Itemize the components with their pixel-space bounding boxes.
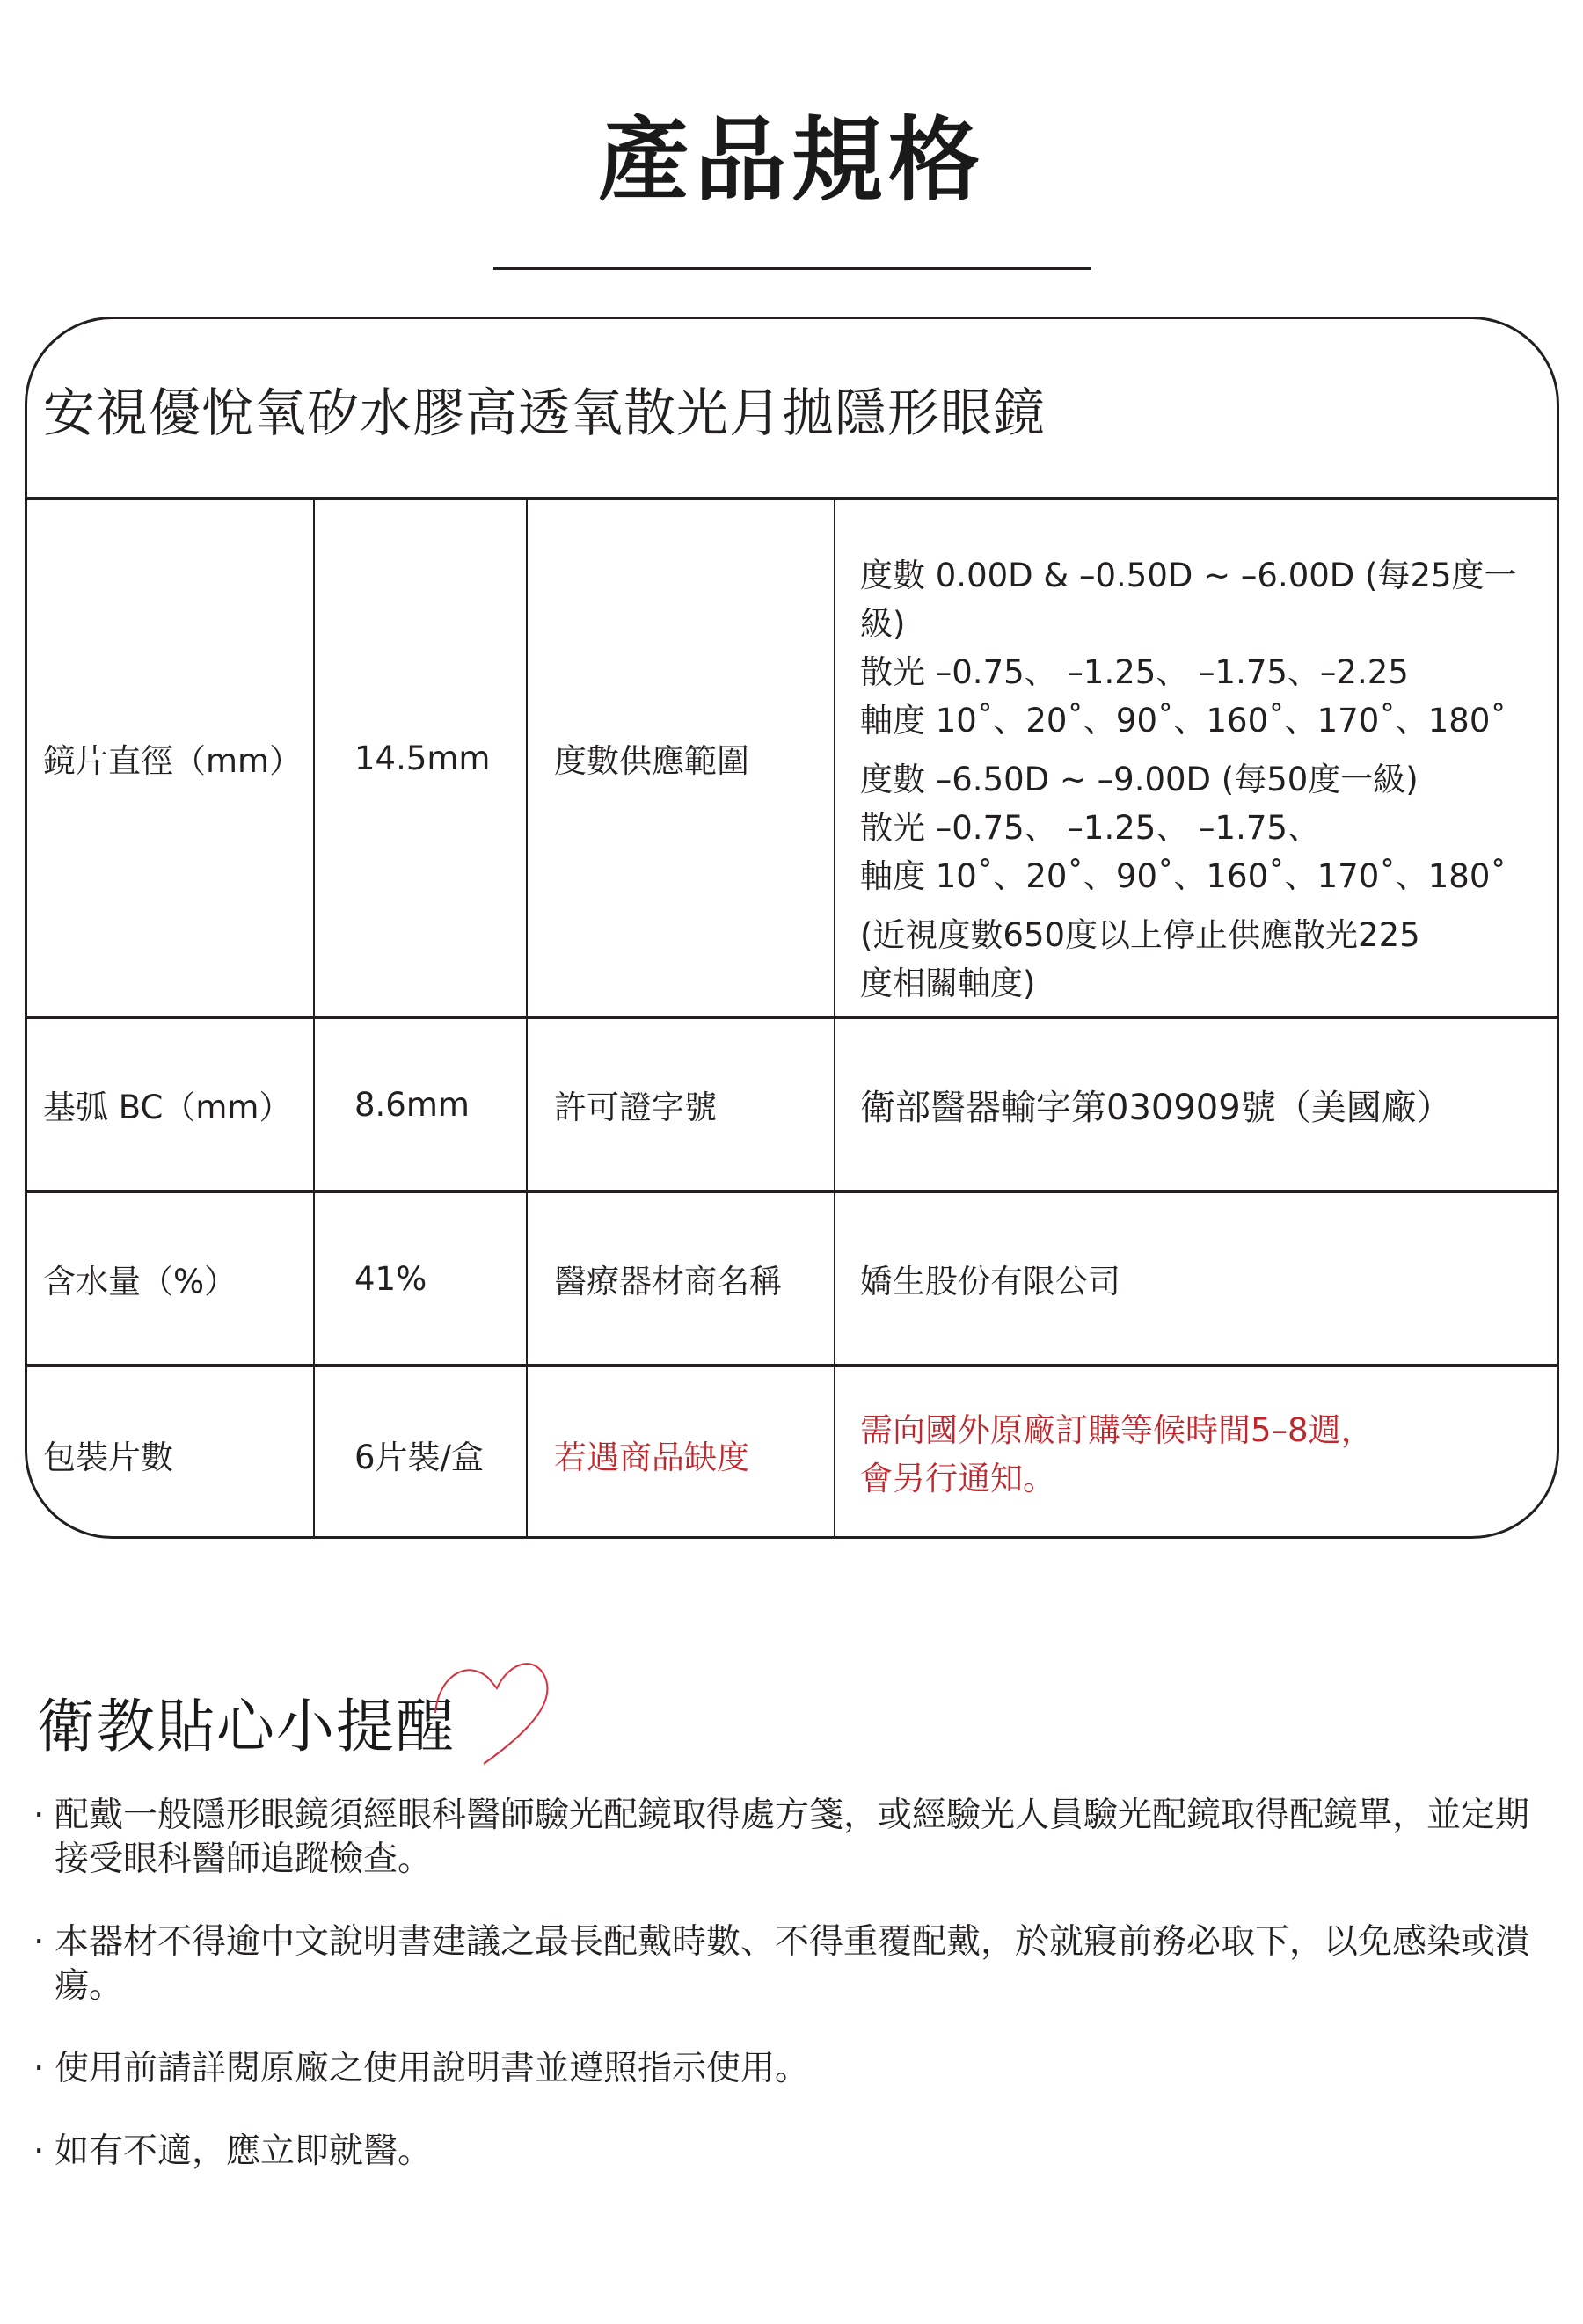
spec-label: 含水量（%） (27, 1193, 313, 1364)
tip-item: · 本器材不得逾中文說明書建議之最長配戴時數、不得重覆配戴，於就寢前務必取下，以… (33, 1920, 1546, 2008)
tip-text: 本器材不得逾中文說明書建議之最長配戴時數、不得重覆配戴，於就寢前務必取下，以免感… (55, 1922, 1529, 2006)
spec-label: 鏡片直徑（mm） (27, 500, 313, 1016)
tips-title: 衛教貼心小提醒 (37, 1679, 456, 1763)
spec-label: 醫療器材商名稱 (526, 1193, 834, 1364)
bullet: · (33, 1794, 44, 1838)
spec-value: 6片裝/盒 (313, 1367, 526, 1539)
spec-value: 41% (313, 1193, 526, 1364)
spec-value: 14.5mm (313, 500, 526, 1016)
tip-text: 如有不適，應立即就醫。 (55, 2131, 432, 2171)
tips-list: · 配戴一般隱形眼鏡須經眼科醫師驗光配鏡取得處方箋，或經驗光人員驗光配鏡取得配鏡… (33, 1794, 1546, 2212)
tip-text: 使用前請詳閱原廠之使用說明書並遵照指示使用。 (55, 2049, 809, 2088)
bullet: · (33, 1920, 44, 1964)
title-divider (493, 267, 1091, 270)
out-of-stock-label: 若遇商品缺度 (526, 1367, 834, 1539)
note-line: (近視度數650度以上停止供應散光225 (860, 911, 1557, 959)
license-number: 衛部醫器輸字第030909號（美國廠） (834, 1019, 1557, 1190)
table-row: 基弧 BC（mm） 8.6mm 許可證字號 衛部醫器輸字第030909號（美國廠… (27, 1016, 1557, 1190)
power-range-line: 度數 0.00D & –0.50D ~ –6.00D (每25度一級) (860, 551, 1557, 648)
range-group-standard: 度數 0.00D & –0.50D ~ –6.00D (每25度一級) 散光 –… (860, 551, 1557, 745)
axis-line: 軸度 10˚、20˚、90˚、160˚、170˚、180˚ (860, 696, 1557, 745)
note-line: 會另行通知。 (860, 1454, 1055, 1503)
spec-value: 8.6mm (313, 1019, 526, 1190)
table-row: 含水量（%） 41% 醫療器材商名稱 嬌生股份有限公司 (27, 1190, 1557, 1364)
page-title: 產品規格 (0, 114, 1583, 206)
power-range-line: 度數 –6.50D ~ –9.00D (每50度一級) (860, 755, 1557, 804)
table-row: 包裝片數 6片裝/盒 若遇商品缺度 需向國外原廠訂購等候時間5–8週， 會另行通… (27, 1364, 1557, 1539)
product-name: 安視優悅氧矽水膠高透氧散光月拋隱形眼鏡 (43, 319, 1046, 497)
spec-label: 度數供應範圍 (526, 500, 834, 1016)
note-line: 需向國外原廠訂購等候時間5–8週， (860, 1406, 1374, 1454)
tip-item: · 使用前請詳閱原廠之使用說明書並遵照指示使用。 (33, 2047, 1546, 2091)
cylinder-line: 散光 –0.75、 –1.25、 –1.75、–2.25 (860, 648, 1557, 696)
range-note: (近視度數650度以上停止供應散光225 度相關軸度) (860, 911, 1557, 1008)
tip-item: · 配戴一般隱形眼鏡須經眼科醫師驗光配鏡取得處方箋，或經驗光人員驗光配鏡取得配鏡… (33, 1794, 1546, 1882)
tip-text: 配戴一般隱形眼鏡須經眼科醫師驗光配鏡取得處方箋，或經驗光人員驗光配鏡取得配鏡單，… (55, 1796, 1529, 1879)
tip-item: · 如有不適，應立即就醫。 (33, 2130, 1546, 2174)
spec-label: 包裝片數 (27, 1367, 313, 1539)
spec-label: 許可證字號 (526, 1019, 834, 1190)
out-of-stock-note: 需向國外原廠訂購等候時間5–8週， 會另行通知。 (834, 1367, 1557, 1539)
spec-label: 基弧 BC（mm） (27, 1019, 313, 1190)
power-range-cell: 度數 0.00D & –0.50D ~ –6.00D (每25度一級) 散光 –… (834, 500, 1557, 1016)
manufacturer-name: 嬌生股份有限公司 (834, 1193, 1557, 1364)
spec-table: 安視優悅氧矽水膠高透氧散光月拋隱形眼鏡 鏡片直徑（mm） 14.5mm 度數供應… (25, 317, 1559, 1539)
bullet: · (33, 2047, 44, 2091)
bullet: · (33, 2130, 44, 2174)
range-group-high: 度數 –6.50D ~ –9.00D (每50度一級) 散光 –0.75、 –1… (860, 755, 1557, 900)
cylinder-line: 散光 –0.75、 –1.25、 –1.75、 (860, 804, 1557, 852)
axis-line: 軸度 10˚、20˚、90˚、160˚、170˚、180˚ (860, 852, 1557, 900)
heart-icon (431, 1651, 550, 1766)
note-line: 度相關軸度) (860, 959, 1557, 1008)
table-row: 鏡片直徑（mm） 14.5mm 度數供應範圍 度數 0.00D & –0.50D… (27, 497, 1557, 1016)
